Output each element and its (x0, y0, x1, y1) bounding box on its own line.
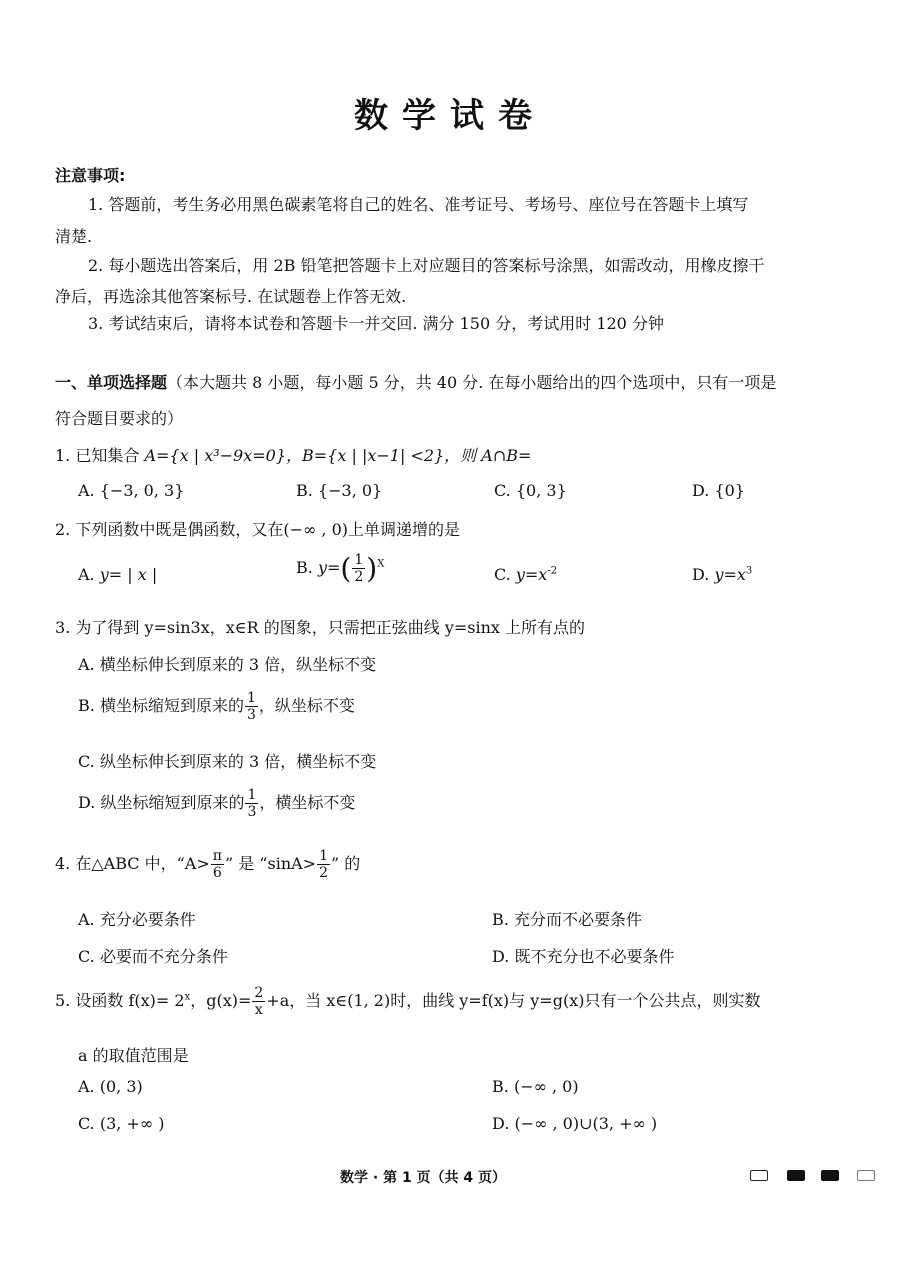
question-number: 5. (55, 991, 70, 1010)
notice-item-2-line2: 净后，再选涂其他答案标号. 在试题卷上作答无效. (55, 286, 406, 308)
question-5-option-b[interactable]: B. (−∞ , 0) (492, 1077, 579, 1096)
question-text: 已知集合 (75, 446, 139, 465)
question-4-stem: 4. 在△ABC 中，“A>π6” 是 “sinA>12” 的 (55, 848, 360, 881)
question-1-option-c[interactable]: C. {0, 3} (494, 481, 567, 500)
scan-mark-outline-icon (750, 1170, 768, 1181)
question-number: 1. (55, 446, 70, 465)
notice-item-1-line1: 1. 答题前，考生务必用黑色碳素笔将自己的姓名、准考证号、考场号、座位号在答题卡… (88, 194, 748, 216)
question-1-option-a[interactable]: A. {−3, 0, 3} (78, 481, 184, 500)
scan-mark-outline-icon (857, 1170, 875, 1181)
question-5-option-a[interactable]: A. (0, 3) (78, 1077, 143, 1096)
notice-item-1-line2: 清楚. (55, 226, 92, 248)
question-3-option-c[interactable]: C. 纵坐标伸长到原来的 3 倍，横坐标不变 (78, 749, 376, 772)
notice-heading: 注意事项: (55, 163, 125, 186)
question-2-option-a[interactable]: A. y= | x | (78, 565, 157, 584)
question-4-option-d[interactable]: D. 既不充分也不必要条件 (492, 944, 674, 967)
question-2-stem: 2. 下列函数中既是偶函数，又在(−∞ , 0)上单调递增的是 (55, 517, 460, 540)
question-5-stem: 5. 设函数 f(x)= 2x，g(x)=2x+a，当 x∈(1, 2)时，曲线… (55, 985, 760, 1018)
question-2-option-d[interactable]: D. y=x3 (692, 565, 752, 584)
question-5-option-d[interactable]: D. (−∞ , 0)∪(3, +∞ ) (492, 1114, 657, 1133)
question-text: 下列函数中既是偶函数，又在(−∞ , 0)上单调递增的是 (75, 520, 460, 539)
exam-title: 数学试卷 (0, 88, 900, 137)
page-footer: 数学 · 第 1 页（共 4 页） (340, 1167, 506, 1187)
question-1-option-d[interactable]: D. {0} (692, 481, 745, 500)
question-3-option-b[interactable]: B. 横坐标缩短到原来的13，纵坐标不变 (78, 690, 355, 723)
question-1-option-b[interactable]: B. {−3, 0} (296, 481, 382, 500)
section-1-heading-line: 一、单项选择题（本大题共 8 小题，每小题 5 分，共 40 分. 在每小题给出… (55, 370, 776, 393)
question-number: 2. (55, 520, 70, 539)
question-number: 4. (55, 854, 70, 873)
question-3-option-a[interactable]: A. 横坐标伸长到原来的 3 倍，纵坐标不变 (78, 652, 376, 675)
notice-item-2-line1: 2. 每小题选出答案后，用 2B 铅笔把答题卡上对应题目的答案标号涂黑，如需改动… (88, 255, 764, 277)
question-text: 为了得到 y=sin3x，x∈R 的图象，只需把正弦曲线 y=sinx 上所有点… (75, 618, 585, 637)
notice-item-3-line1: 3. 考试结束后，请将本试卷和答题卡一并交回. 满分 150 分，考试用时 12… (88, 313, 664, 335)
scan-mark-filled-icon (787, 1170, 805, 1181)
question-4-option-c[interactable]: C. 必要而不充分条件 (78, 944, 228, 967)
section-1-title: 一、单项选择题 (55, 373, 167, 392)
section-1-desc-line2: 符合题目要求的） (55, 406, 183, 429)
question-5-stem-line2: a 的取值范围是 (78, 1043, 189, 1066)
question-5-option-c[interactable]: C. (3, +∞ ) (78, 1114, 165, 1133)
section-1-desc: （本大题共 8 小题，每小题 5 分，共 40 分. 在每小题给出的四个选项中，… (167, 373, 776, 392)
scan-mark-filled-icon (821, 1170, 839, 1181)
question-1-stem: 1. 已知集合 A={x | x³−9x=0}，B={x | |x−1| <2}… (55, 443, 531, 466)
question-4-option-b[interactable]: B. 充分而不必要条件 (492, 907, 642, 930)
question-2-option-c[interactable]: C. y=x-2 (494, 565, 557, 584)
question-3-option-d[interactable]: D. 纵坐标缩短到原来的13，横坐标不变 (78, 787, 355, 820)
question-3-stem: 3. 为了得到 y=sin3x，x∈R 的图象，只需把正弦曲线 y=sinx 上… (55, 615, 585, 638)
question-math: A={x | x³−9x=0}，B={x | |x−1| <2}，则 A∩B= (144, 446, 531, 465)
question-number: 3. (55, 618, 70, 637)
question-4-option-a[interactable]: A. 充分必要条件 (78, 907, 196, 930)
question-2-option-b[interactable]: B. y=(12)X (296, 552, 384, 585)
